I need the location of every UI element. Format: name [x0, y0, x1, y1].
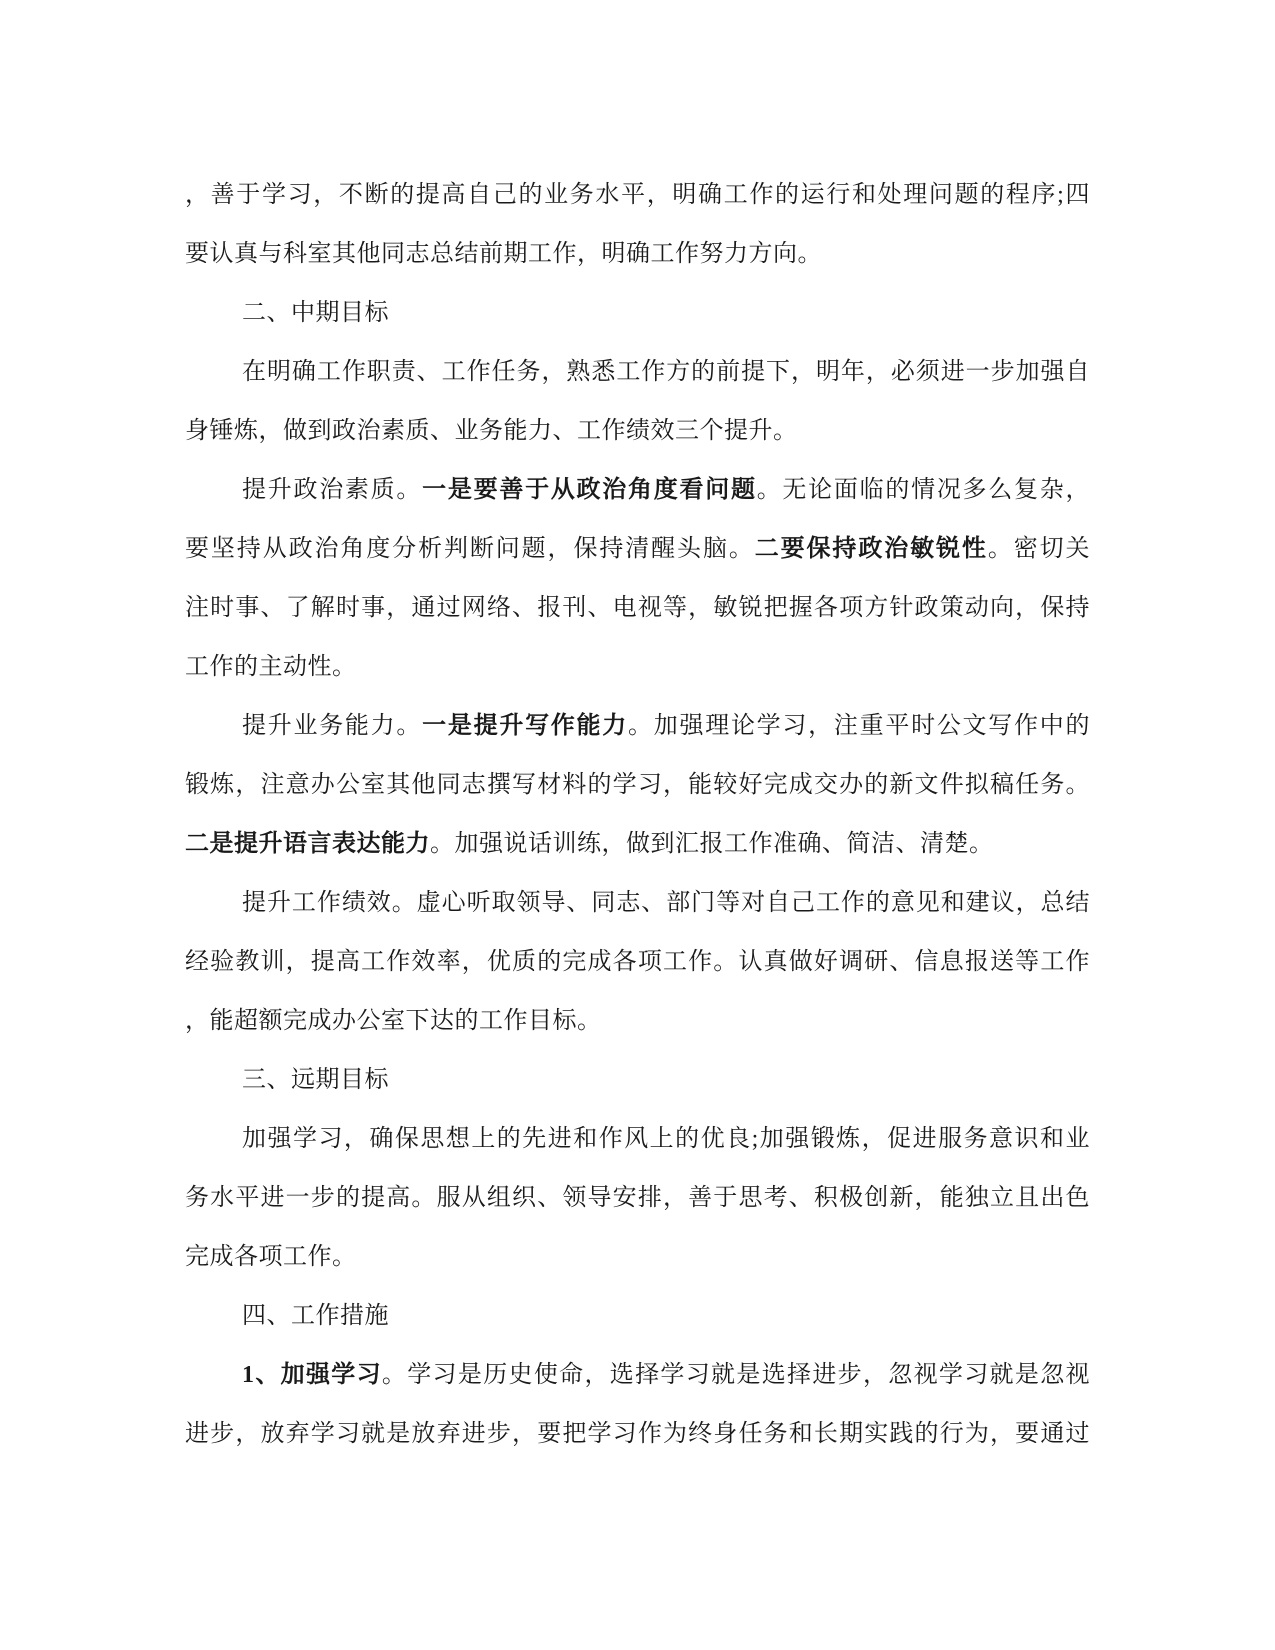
text-line: 完成各项工作。 — [185, 1228, 1090, 1287]
text-line: ，善于学习，不断的提高自己的业务水平，明确工作的运行和处理问题的程序;四 — [185, 166, 1090, 225]
text-run: 四、工作措施 — [242, 1303, 389, 1329]
bold-text-run: 一是提升写作能力 — [422, 713, 628, 739]
text-run: 二、中期目标 — [242, 300, 389, 326]
text-line: 提升工作绩效。虚心听取领导、同志、部门等对自己工作的意见和建议，总结 — [185, 874, 1090, 933]
text-run: 提升政治素质。 — [242, 477, 422, 503]
text-run: 完成各项工作。 — [185, 1244, 357, 1270]
text-run: 三、远期目标 — [242, 1067, 389, 1093]
text-line: 要认真与科室其他同志总结前期工作，明确工作努力方向。 — [185, 225, 1090, 284]
text-run: 提升工作绩效。虚心听取领导、同志、部门等对自己工作的意见和建议，总结 — [242, 890, 1090, 916]
text-run: 工作的主动性。 — [185, 654, 357, 680]
bold-text-run: 一是要善于从政治角度看问题 — [422, 477, 757, 503]
text-run: 要坚持从政治角度分析判断问题，保持清醒头脑。 — [185, 536, 755, 562]
text-line: 提升业务能力。一是提升写作能力。加强理论学习，注重平时公文写作中的 — [185, 697, 1090, 756]
text-run: 。加强理论学习，注重平时公文写作中的 — [628, 713, 1090, 739]
text-run: 。无论面临的情况多么复杂， — [757, 477, 1090, 503]
text-run: 注时事、了解时事，通过网络、报刊、电视等，敏锐把握各项方针政策动向，保持 — [185, 595, 1090, 621]
text-line: 锻炼，注意办公室其他同志撰写材料的学习，能较好完成交办的新文件拟稿任务。 — [185, 756, 1090, 815]
text-line: 在明确工作职责、工作任务，熟悉工作方的前提下，明年，必须进一步加强自 — [185, 343, 1090, 402]
text-run: 。加强说话训练，做到汇报工作准确、简洁、清楚。 — [430, 831, 994, 857]
text-line: 身锤炼，做到政治素质、业务能力、工作绩效三个提升。 — [185, 402, 1090, 461]
text-line: 要坚持从政治角度分析判断问题，保持清醒头脑。二要保持政治敏锐性。密切关 — [185, 520, 1090, 579]
text-run: ，能超额完成办公室下达的工作目标。 — [185, 1008, 602, 1034]
text-run: 经验教训，提高工作效率，优质的完成各项工作。认真做好调研、信息报送等工作 — [185, 949, 1090, 975]
text-line: ，能超额完成办公室下达的工作目标。 — [185, 992, 1090, 1051]
text-line: 二是提升语言表达能力。加强说话训练，做到汇报工作准确、简洁、清楚。 — [185, 815, 1090, 874]
text-line: 进步，放弃学习就是放弃进步，要把学习作为终身任务和长期实践的行为，要通过 — [185, 1405, 1090, 1464]
text-line: 工作的主动性。 — [185, 638, 1090, 697]
document-text: ，善于学习，不断的提高自己的业务水平，明确工作的运行和处理问题的程序;四要认真与… — [185, 166, 1090, 1464]
text-run: 锻炼，注意办公室其他同志撰写材料的学习，能较好完成交办的新文件拟稿任务。 — [185, 772, 1090, 798]
text-run: 身锤炼，做到政治素质、业务能力、工作绩效三个提升。 — [185, 418, 798, 444]
text-run: 。学习是历史使命，选择学习就是选择进步，忽视学习就是忽视 — [382, 1362, 1090, 1388]
text-line: 四、工作措施 — [185, 1287, 1090, 1346]
text-line: 经验教训，提高工作效率，优质的完成各项工作。认真做好调研、信息报送等工作 — [185, 933, 1090, 992]
text-line: 提升政治素质。一是要善于从政治角度看问题。无论面临的情况多么复杂， — [185, 461, 1090, 520]
text-line: 注时事、了解时事，通过网络、报刊、电视等，敏锐把握各项方针政策动向，保持 — [185, 579, 1090, 638]
text-line: 加强学习，确保思想上的先进和作风上的优良;加强锻炼，促进服务意识和业 — [185, 1110, 1090, 1169]
text-run: 进步，放弃学习就是放弃进步，要把学习作为终身任务和长期实践的行为，要通过 — [185, 1421, 1090, 1447]
text-line: 二、中期目标 — [185, 284, 1090, 343]
bold-text-run: 二要保持政治敏锐性 — [755, 536, 988, 562]
document-page: ，善于学习，不断的提高自己的业务水平，明确工作的运行和处理问题的程序;四要认真与… — [0, 0, 1275, 1650]
text-run: 要认真与科室其他同志总结前期工作，明确工作努力方向。 — [185, 241, 822, 267]
bold-text-run: 二是提升语言表达能力 — [185, 831, 430, 857]
text-line: 务水平进一步的提高。服从组织、领导安排，善于思考、积极创新，能独立且出色 — [185, 1169, 1090, 1228]
text-run: 提升业务能力。 — [242, 713, 422, 739]
text-run: 在明确工作职责、工作任务，熟悉工作方的前提下，明年，必须进一步加强自 — [242, 359, 1090, 385]
text-run: 务水平进一步的提高。服从组织、领导安排，善于思考、积极创新，能独立且出色 — [185, 1185, 1090, 1211]
text-line: 1、加强学习。学习是历史使命，选择学习就是选择进步，忽视学习就是忽视 — [185, 1346, 1090, 1405]
bold-text-run: 1、加强学习 — [242, 1362, 382, 1388]
text-run: 加强学习，确保思想上的先进和作风上的优良;加强锻炼，促进服务意识和业 — [242, 1126, 1090, 1152]
text-run: ，善于学习，不断的提高自己的业务水平，明确工作的运行和处理问题的程序;四 — [185, 182, 1090, 208]
text-line: 三、远期目标 — [185, 1051, 1090, 1110]
text-run: 。密切关 — [988, 536, 1090, 562]
